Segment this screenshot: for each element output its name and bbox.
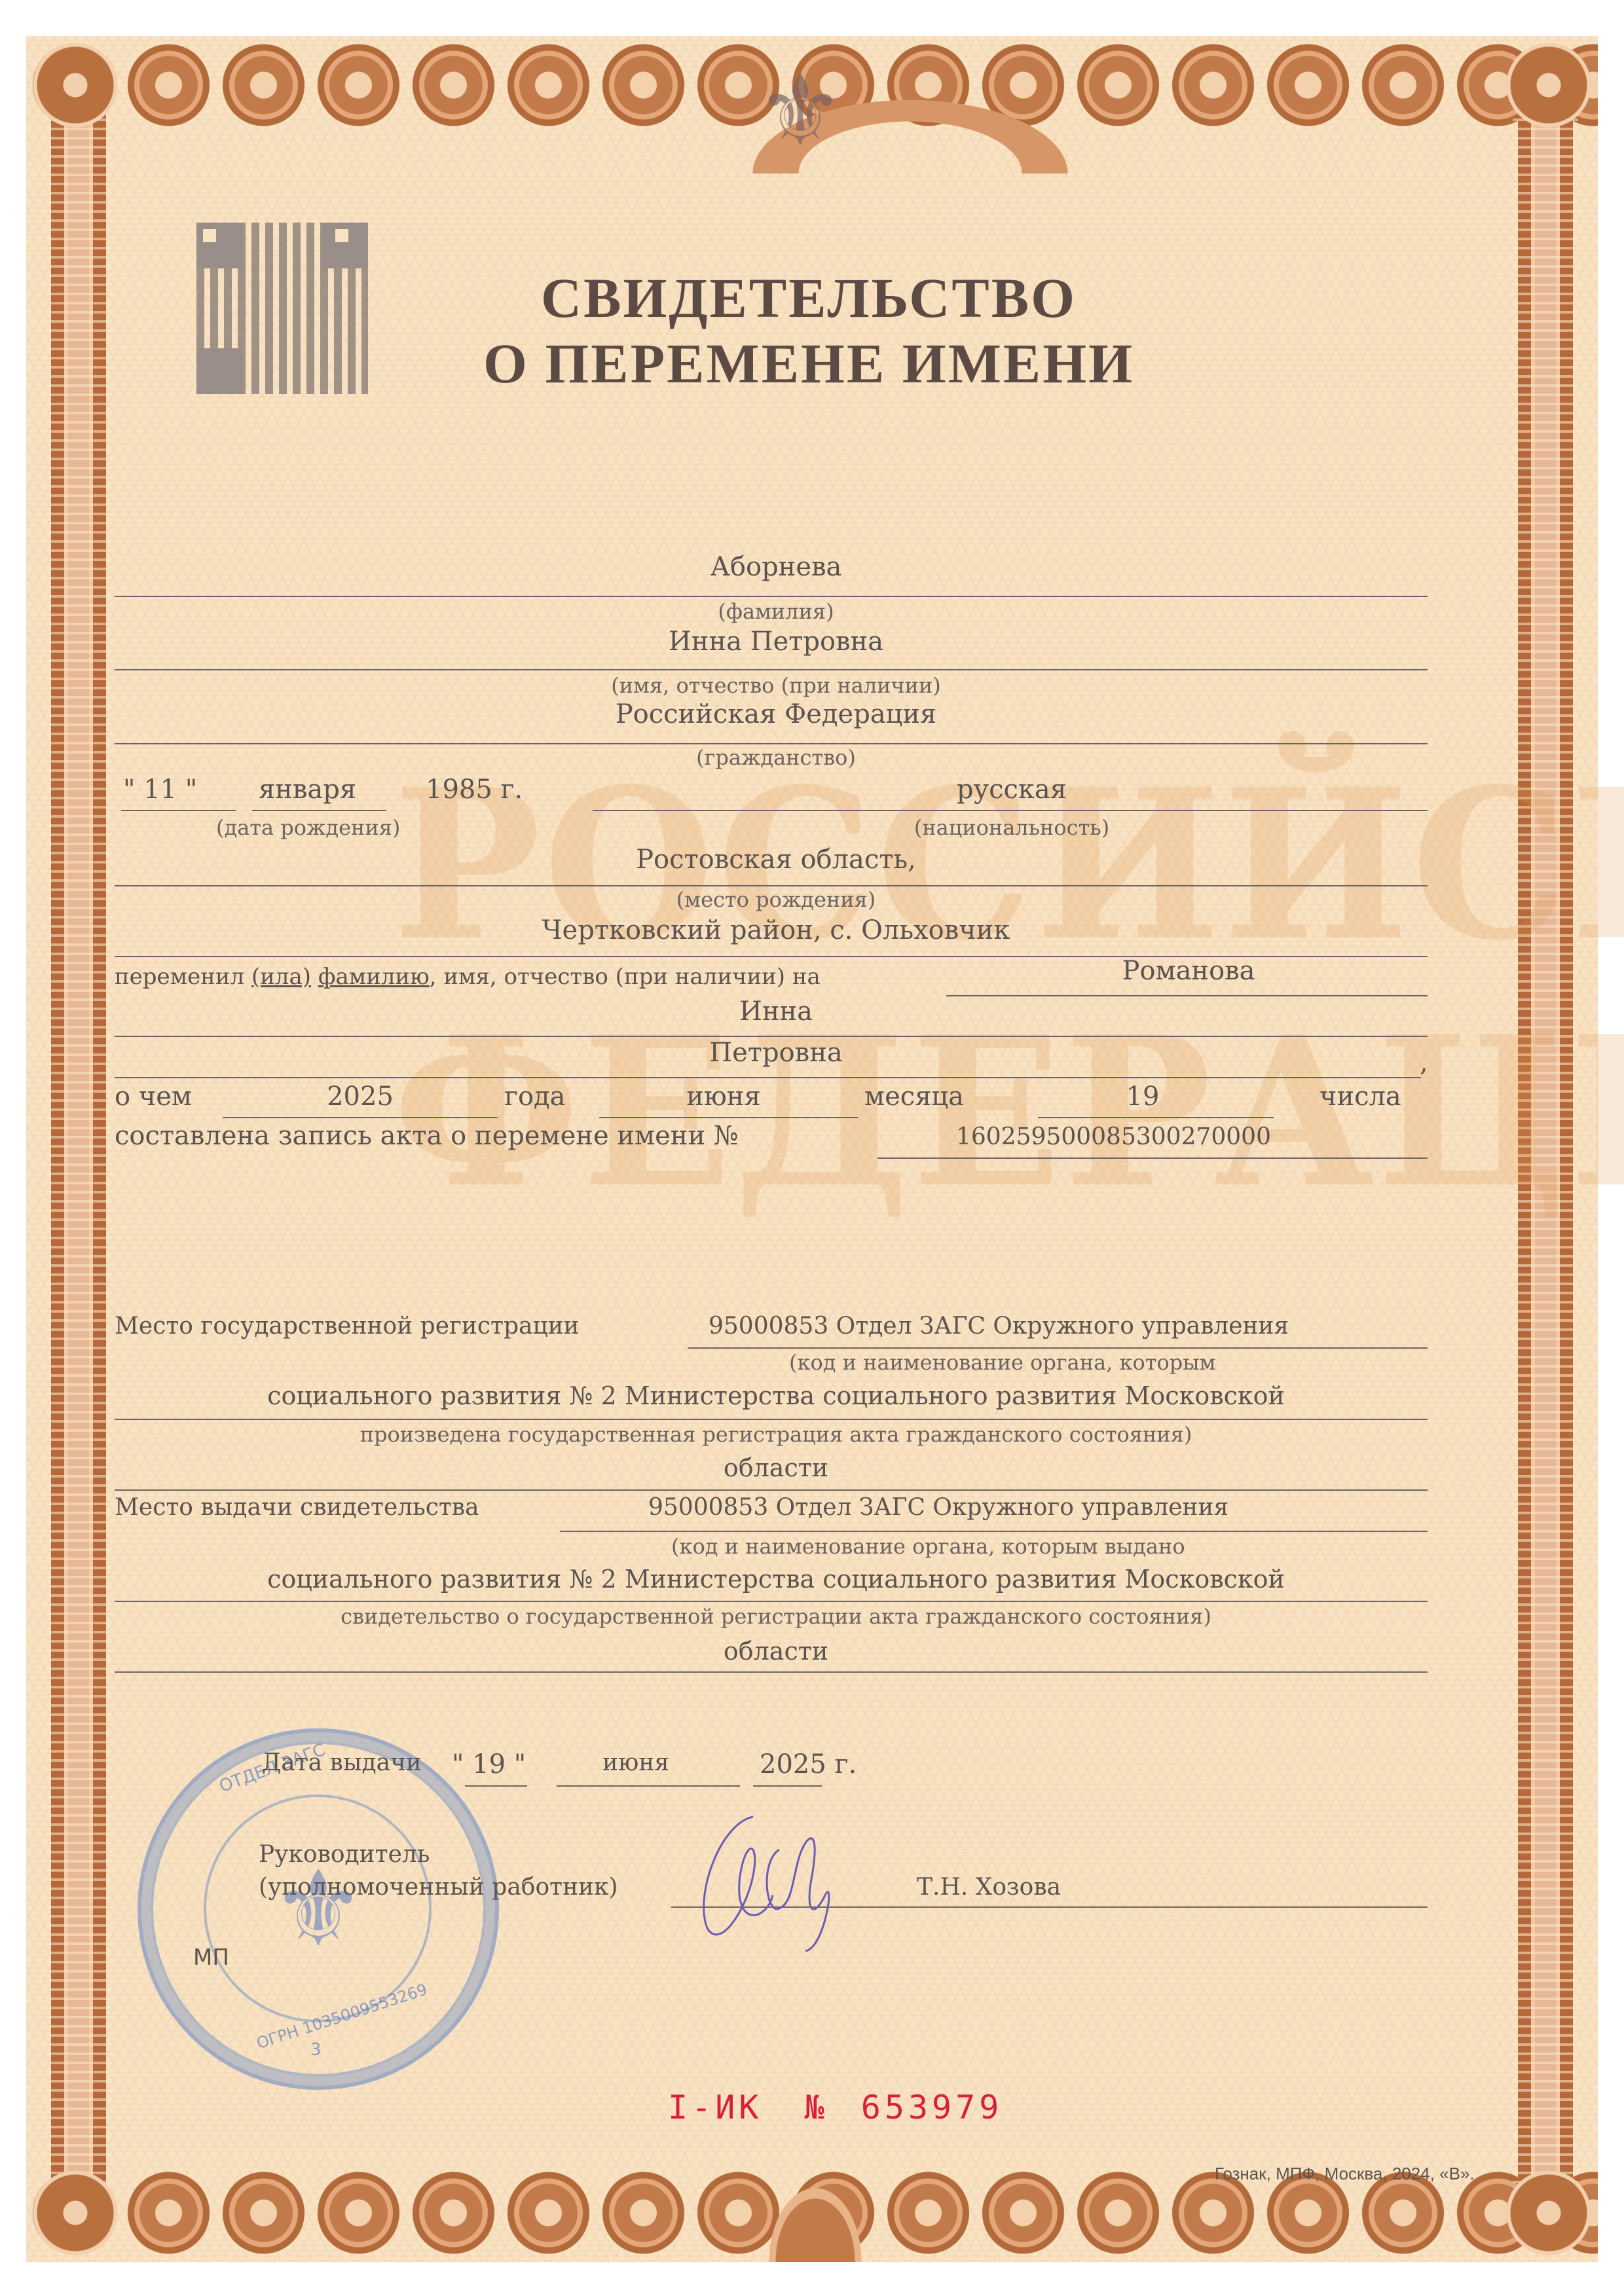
surname-value: Аборнева <box>710 552 842 582</box>
issuance-place-line2: социального развития № 2 Министерства со… <box>267 1565 1285 1594</box>
issuance-caption2: свидетельство о государственной регистра… <box>341 1604 1211 1629</box>
nationality-caption: (национальность) <box>914 815 1109 840</box>
seal-number: 3 <box>310 2040 322 2060</box>
birth-month: января <box>259 774 356 805</box>
signature-icon <box>681 1797 891 1954</box>
surname-caption: (фамилия) <box>718 599 834 624</box>
new-patronymic-value: Петровна <box>709 1038 842 1068</box>
record-number-value: 160259500085300270000 <box>956 1123 1271 1150</box>
record-year: 2025 <box>327 1082 394 1112</box>
field-line <box>593 810 1428 811</box>
field-line <box>115 743 1428 744</box>
field-line <box>115 885 1428 886</box>
issuance-place-line1: 95000853 Отдел ЗАГС Окружного управления <box>648 1494 1228 1521</box>
birthplace-line1: Ростовская область, <box>636 845 916 875</box>
issuance-caption1: (код и наименование органа, которым выда… <box>671 1534 1185 1559</box>
field-line <box>115 596 1428 597</box>
printer-imprint: Гознак, МПФ, Москва, 2024, «В». <box>1215 2164 1475 2184</box>
qr-code-icon[interactable] <box>196 223 368 394</box>
label-rest: , имя, отчество (при наличии) на <box>430 964 821 990</box>
field-line <box>877 1157 1428 1159</box>
seal-text: ОТДЕЛ ЗАГС ОГРН 1035009553269 3 <box>141 1732 495 2086</box>
record-day: 19 <box>1126 1082 1160 1112</box>
registration-place-line1: 95000853 Отдел ЗАГС Окружного управления <box>709 1313 1289 1339</box>
record-month: июня <box>686 1082 760 1112</box>
issuance-place-line3: области <box>724 1637 828 1666</box>
field-line <box>115 1419 1428 1420</box>
about-label: о чем <box>115 1082 192 1112</box>
title-line2: О ПЕРЕМЕНЕ ИМЕНИ <box>483 331 1134 396</box>
field-line <box>252 810 386 811</box>
registration-place-line2: социального развития № 2 Министерства со… <box>267 1381 1285 1410</box>
given-names-value: Инна Петровна <box>669 627 883 657</box>
field-line <box>560 1531 1428 1532</box>
signatory-role-line2: (уполномоченный работник) <box>259 1874 618 1901</box>
registration-place-line3: области <box>724 1453 828 1482</box>
seal-ogrn: ОГРН 1035009553269 <box>254 1980 430 2053</box>
issue-month: июня <box>602 1749 669 1776</box>
citizenship-caption: (гражданство) <box>696 745 856 770</box>
citizenship-value: Российская Федерация <box>616 699 937 729</box>
field-line <box>557 1785 740 1787</box>
field-line <box>946 995 1428 996</box>
serial-number-sign: № <box>805 2088 828 2126</box>
given-names-caption: (имя, отчество (при наличии) <box>611 673 941 698</box>
field-line <box>121 810 236 811</box>
field-line <box>115 1671 1428 1673</box>
title-line1: СВИДЕТЕЛЬСТВО <box>541 265 1077 331</box>
birth-day: " 11 " <box>123 774 197 805</box>
birthplace-line2: Чертковский район, с. Ольховчик <box>542 915 1010 945</box>
field-line <box>115 1601 1428 1602</box>
birthplace-caption: (место рождения) <box>676 887 876 912</box>
record-number-label: составлена запись акта о перемене имени … <box>115 1121 739 1151</box>
signatory-role-line1: Руководитель <box>259 1841 430 1868</box>
official-seal: ⚜ ОТДЕЛ ЗАГС ОГРН 1035009553269 3 <box>138 1728 499 2090</box>
serial-series: I-ИК <box>668 2088 762 2126</box>
changed-name-label: переменил (ила) фамилию, имя, отчество (… <box>115 964 821 990</box>
field-line <box>753 1785 822 1787</box>
registration-caption2: произведена государственная регистрация … <box>360 1422 1192 1447</box>
registration-caption1: (код и наименование органа, которым <box>789 1350 1216 1375</box>
label-prefix: переменил <box>115 964 251 990</box>
field-line <box>465 1785 527 1787</box>
field-line <box>223 1117 498 1118</box>
double-headed-eagle-icon: ⚜ <box>748 46 853 177</box>
registration-place-label: Место государственной регистрации <box>115 1313 580 1339</box>
field-line <box>115 1077 1421 1078</box>
issue-date-label: Дата выдачи <box>262 1749 422 1776</box>
field-line <box>115 669 1428 670</box>
nationality-value: русская <box>957 774 1067 805</box>
comma: , <box>1420 1048 1428 1078</box>
field-line <box>115 1036 1428 1037</box>
birth-year: 1985 г. <box>426 774 523 805</box>
label-space <box>311 964 318 990</box>
new-name-value: Инна <box>739 996 813 1027</box>
label-surname: фамилию <box>318 964 430 990</box>
field-line <box>115 1489 1428 1491</box>
issuance-place-label: Место выдачи свидетельства <box>115 1494 479 1521</box>
issue-day: " 19 " <box>452 1749 526 1779</box>
serial-number-value: 653979 <box>861 2088 1003 2126</box>
month-label: месяца <box>864 1082 964 1112</box>
label-ila: (ила) <box>251 964 311 990</box>
birth-date-caption: (дата рождения) <box>216 815 400 840</box>
field-line <box>599 1117 858 1118</box>
day-label: числа <box>1319 1082 1401 1112</box>
issue-year: 2025 г. <box>760 1749 857 1779</box>
stamp-label: МП <box>193 1944 229 1971</box>
field-line <box>688 1347 1428 1349</box>
field-line <box>1038 1117 1274 1118</box>
new-surname-value: Романова <box>1122 956 1255 986</box>
serial-number: I-ИК № 653979 <box>668 2088 1003 2126</box>
signatory-name: Т.Н. Хозова <box>917 1874 1061 1901</box>
year-label: года <box>504 1082 566 1112</box>
